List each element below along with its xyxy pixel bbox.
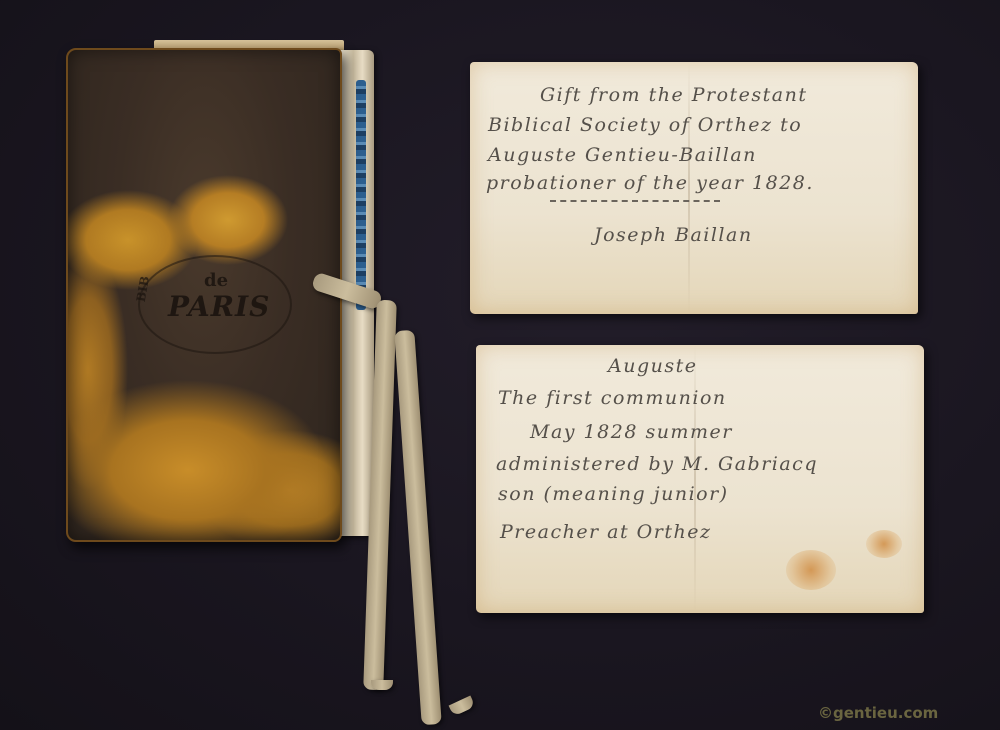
handwritten-note-gift: Gift from the Protestant Biblical Societ… — [470, 62, 918, 314]
note-line: Preacher at Orthez — [500, 521, 711, 543]
water-stain — [866, 530, 902, 558]
note-line: son (meaning junior) — [498, 483, 729, 505]
note-line: Gift from the Protestant — [540, 84, 808, 106]
stamp-de-text: de — [204, 270, 228, 291]
note-line: administered by M. Gabriacq — [496, 453, 818, 475]
note-line: Auguste Gentieu-Baillan — [488, 144, 757, 166]
note-line: May 1828 summer — [530, 421, 733, 443]
dashed-separator — [550, 200, 720, 202]
handwritten-note-communion: Auguste The first communion May 1828 sum… — [476, 345, 924, 613]
book-blue-binding — [356, 80, 366, 310]
note-line: The first communion — [498, 387, 727, 409]
paper-fold-crease — [694, 345, 696, 613]
copyright-watermark: ©gentieu.com — [818, 704, 938, 722]
stamp-paris-text: PARIS — [168, 290, 270, 323]
book-leather-cover: BIB de PARIS — [66, 48, 342, 542]
note-signature: Joseph Baillan — [594, 224, 753, 246]
water-stain — [786, 550, 836, 590]
note-line: probationer of the year 1828. — [486, 172, 814, 194]
note-line: Biblical Society of Orthez to — [488, 114, 802, 136]
note-line: Auguste — [608, 355, 698, 377]
